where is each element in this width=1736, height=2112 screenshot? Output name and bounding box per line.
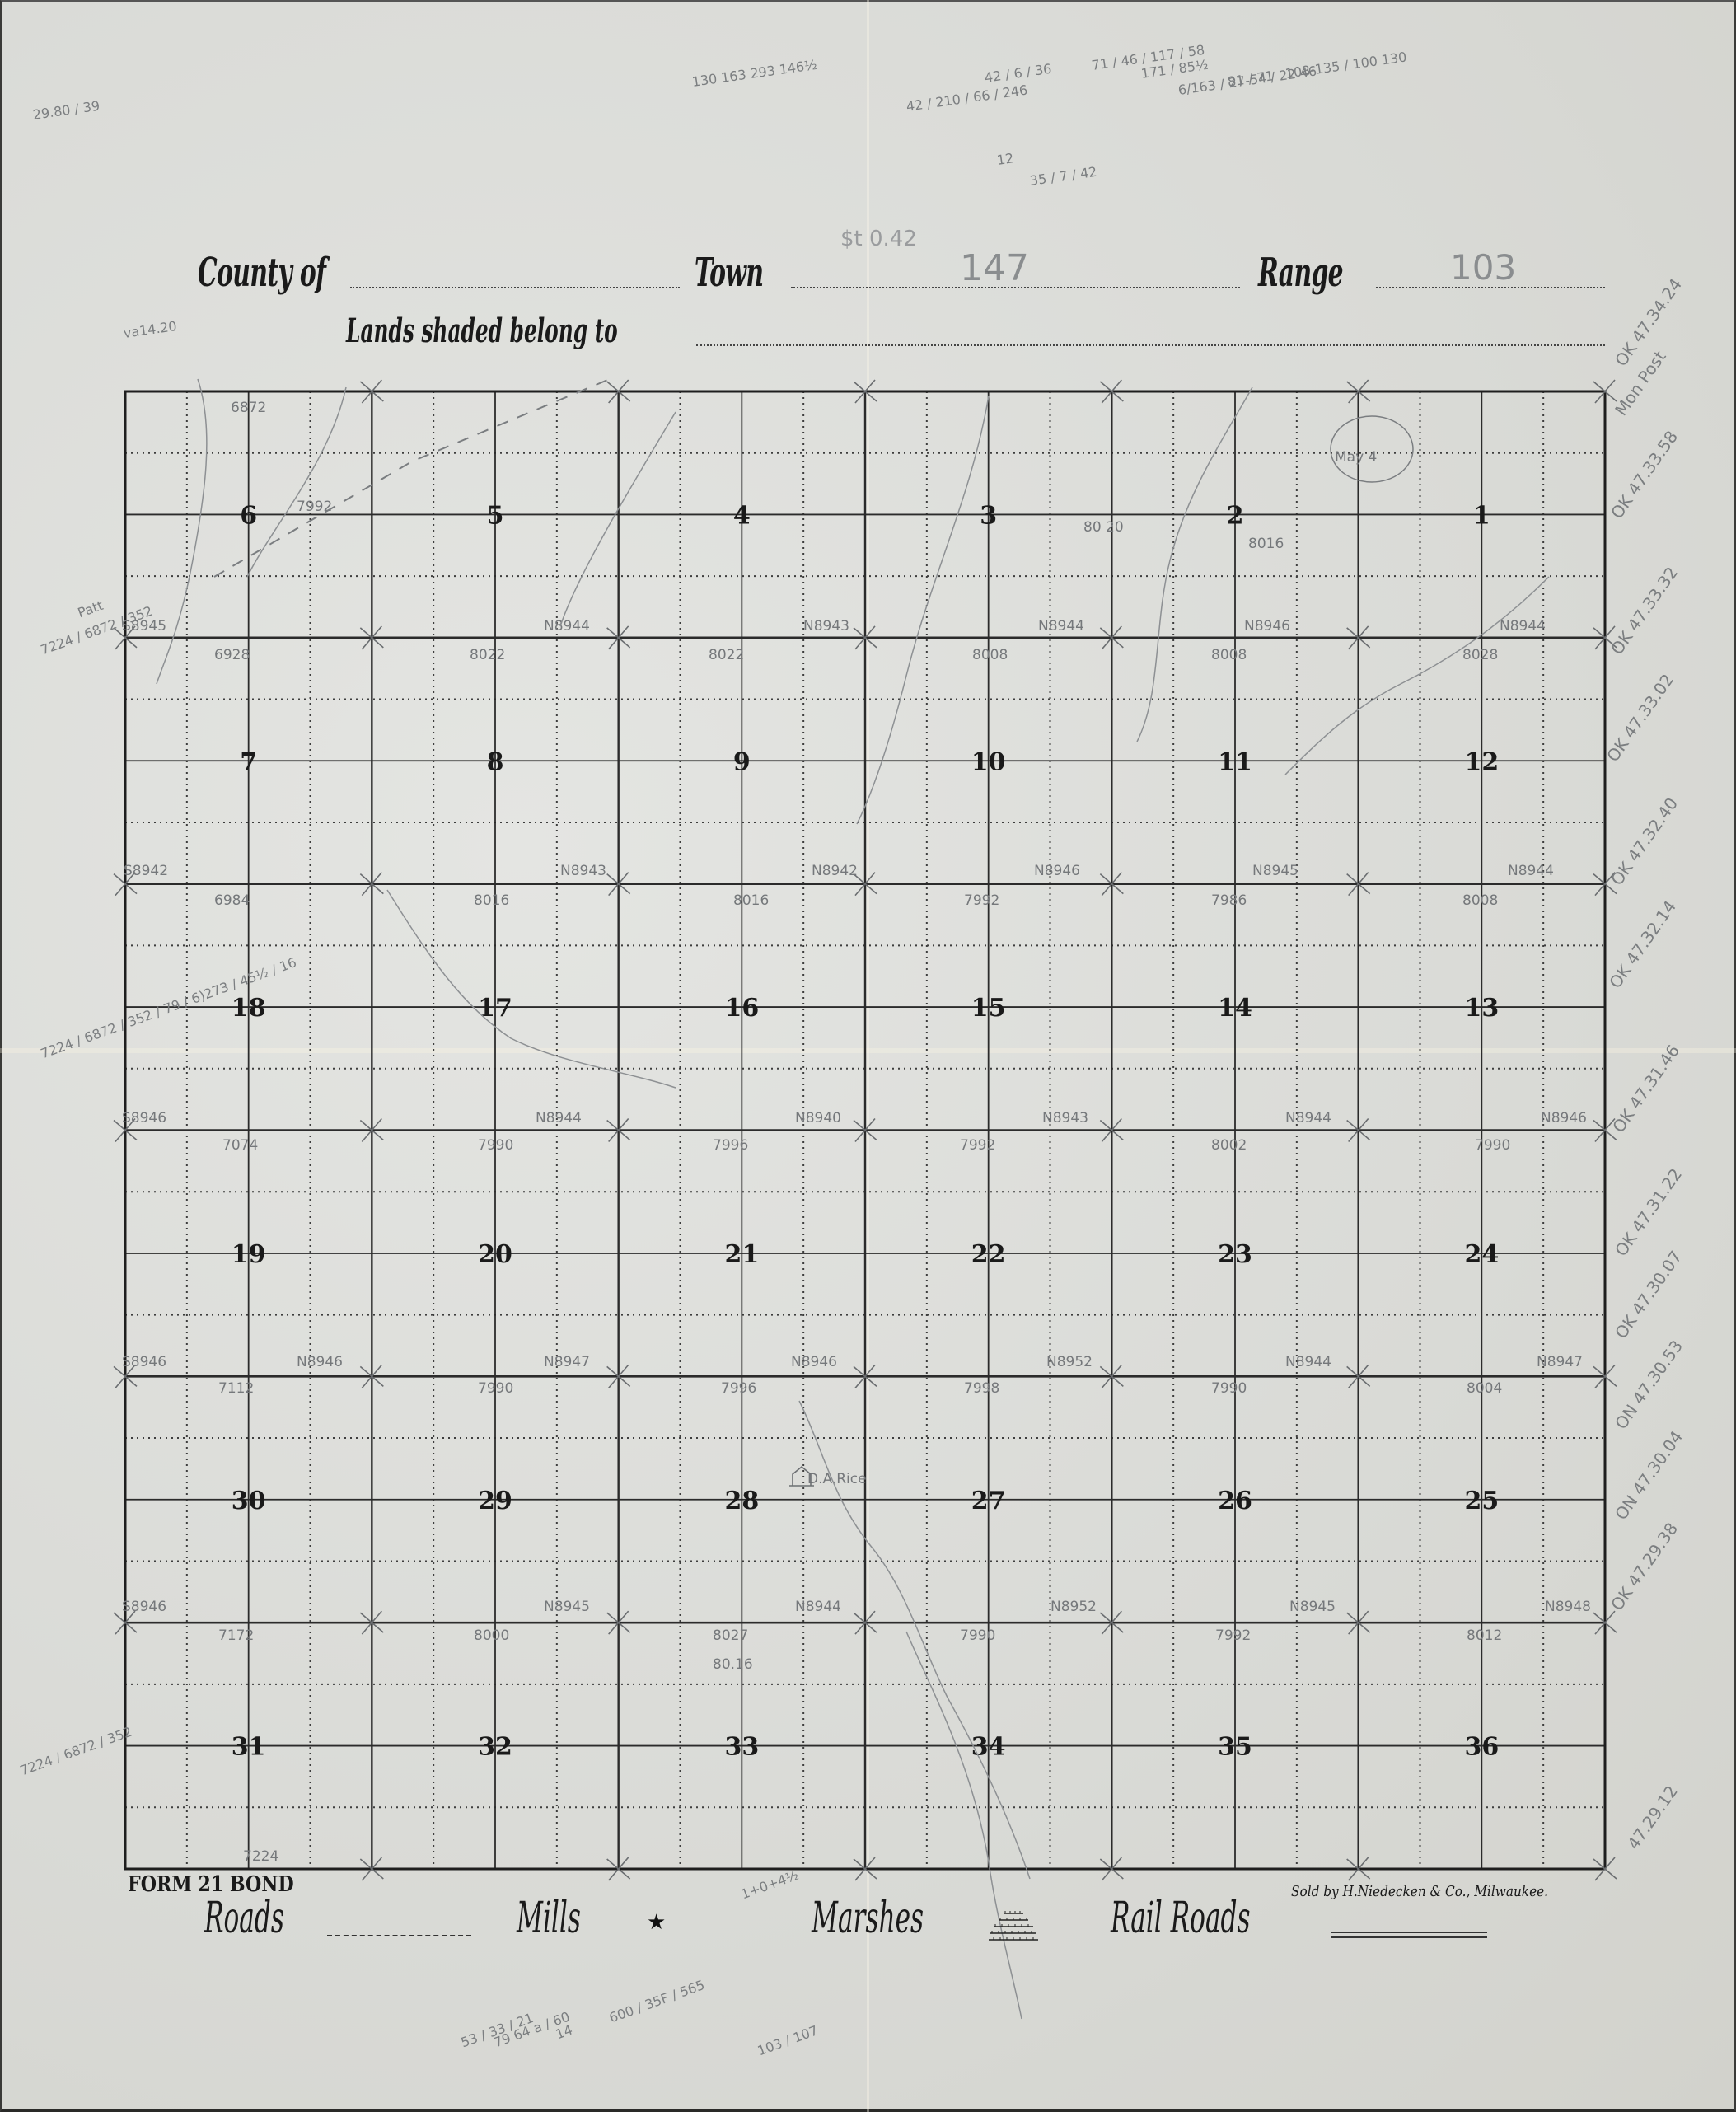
survey-annotation: 7996 xyxy=(721,1380,756,1397)
survey-annotation: 8016 xyxy=(474,892,509,909)
survey-annotation: 7990 xyxy=(478,1137,513,1154)
survey-annotation: 8016 xyxy=(733,892,769,909)
survey-annotation: N8944 xyxy=(795,1599,841,1615)
survey-annotation: 8000 xyxy=(474,1627,509,1644)
survey-annotation: S8946 xyxy=(122,1110,166,1126)
legend-mills-label: Mills xyxy=(517,1894,581,1943)
marsh-symbol-icon xyxy=(989,1910,1038,1941)
survey-annotation: 8004 xyxy=(1467,1380,1502,1397)
survey-annotation: N8944 xyxy=(536,1110,582,1126)
survey-annotation: 7992 xyxy=(1215,1627,1251,1644)
survey-annotation: 7112 xyxy=(218,1380,254,1397)
section-number: 7 xyxy=(240,747,257,776)
survey-annotation: 7990 xyxy=(1475,1137,1510,1154)
section-number: 12 xyxy=(1464,747,1499,776)
legend-railroads-label: Rail Roads xyxy=(1111,1894,1251,1943)
survey-annotation: N8945 xyxy=(1252,863,1298,879)
section-number: 10 xyxy=(971,747,1006,776)
survey-annotation: N8944 xyxy=(1285,1354,1331,1370)
survey-annotation: 80 20 xyxy=(1083,519,1124,536)
survey-annotation: S8946 xyxy=(122,1354,166,1370)
survey-annotation: S8942 xyxy=(124,863,168,879)
section-number: 6 xyxy=(240,501,257,530)
survey-annotation: N8948 xyxy=(1545,1599,1591,1615)
survey-annotation: 7990 xyxy=(478,1380,513,1397)
survey-annotation: 80.16 xyxy=(713,1656,753,1673)
survey-annotation: 8008 xyxy=(1462,892,1498,909)
survey-annotation: 7172 xyxy=(218,1627,254,1644)
margin-note-top: 12 xyxy=(996,150,1015,168)
section-number: 27 xyxy=(971,1487,1006,1515)
legend-railroad-symbol-top xyxy=(1331,1932,1487,1933)
survey-annotation: N8946 xyxy=(1541,1110,1587,1126)
survey-annotation: 7986 xyxy=(1211,892,1247,909)
survey-annotation: N8942 xyxy=(812,863,858,879)
section-number: 14 xyxy=(1218,994,1252,1023)
survey-annotation: 8008 xyxy=(972,647,1008,663)
survey-annotation: 7998 xyxy=(964,1380,999,1397)
survey-annotation: 7224 xyxy=(243,1848,278,1865)
survey-annotation: N8945 xyxy=(1289,1599,1336,1615)
section-number: 16 xyxy=(724,994,759,1023)
section-number: 20 xyxy=(478,1240,512,1269)
survey-annotation: 6928 xyxy=(214,647,250,663)
section-number: 8 xyxy=(487,747,504,776)
section-number: 5 xyxy=(487,501,504,530)
survey-annotation: 6872 xyxy=(231,400,266,416)
survey-annotation: 8022 xyxy=(470,647,505,663)
survey-annotation: 7992 xyxy=(297,499,332,515)
section-number: 17 xyxy=(478,994,512,1023)
legend-roads-label: Roads xyxy=(204,1894,284,1943)
survey-annotation: N8946 xyxy=(791,1354,837,1370)
survey-annotation: N8952 xyxy=(1046,1354,1093,1370)
survey-annotation: 8008 xyxy=(1211,647,1247,663)
survey-annotation: S8946 xyxy=(122,1599,166,1615)
section-number: 32 xyxy=(478,1733,512,1762)
survey-annotation: 8027 xyxy=(713,1627,748,1644)
section-number: 3 xyxy=(980,501,997,530)
section-number: 30 xyxy=(232,1487,266,1515)
survey-annotation: 8016 xyxy=(1248,536,1284,552)
survey-annotation: 7996 xyxy=(713,1137,748,1154)
section-number: 4 xyxy=(733,501,751,530)
section-number: 21 xyxy=(724,1240,759,1269)
survey-annotation: N8943 xyxy=(803,618,849,635)
survey-annotation: N8944 xyxy=(1500,618,1546,635)
survey-annotation: N8944 xyxy=(1038,618,1084,635)
section-number: 13 xyxy=(1464,994,1499,1023)
section-number: 15 xyxy=(971,994,1006,1023)
section-number: 35 xyxy=(1218,1733,1252,1762)
survey-annotation: 6984 xyxy=(214,892,250,909)
survey-annotation: N8943 xyxy=(560,863,606,879)
section-number: 2 xyxy=(1227,501,1244,530)
survey-annotation: 7990 xyxy=(1211,1380,1247,1397)
survey-annotation: N8945 xyxy=(544,1599,590,1615)
survey-annotation: N8946 xyxy=(1034,863,1080,879)
section-number: 28 xyxy=(724,1487,759,1515)
survey-annotation: N8947 xyxy=(1537,1354,1583,1370)
section-number: 31 xyxy=(232,1733,266,1762)
survey-annotation: N8940 xyxy=(795,1110,841,1126)
survey-annotation: N8947 xyxy=(544,1354,590,1370)
legend-marshes-label: Marshes xyxy=(812,1894,924,1943)
survey-annotation: 7990 xyxy=(960,1627,995,1644)
section-number: 36 xyxy=(1464,1733,1499,1762)
survey-annotation: 8028 xyxy=(1462,647,1498,663)
section-number: 34 xyxy=(971,1733,1006,1762)
section-number: 11 xyxy=(1218,747,1252,776)
survey-annotation: N8946 xyxy=(297,1354,343,1370)
section-number: 18 xyxy=(232,994,266,1023)
mill-star-icon: ★ xyxy=(647,1910,666,1935)
survey-annotation: N8952 xyxy=(1050,1599,1097,1615)
survey-annotation: N8944 xyxy=(1508,863,1554,879)
legend-railroad-symbol-bottom xyxy=(1331,1936,1487,1938)
section-number: 24 xyxy=(1464,1240,1499,1269)
township-grid: 6543217891011121817161514131920212223243… xyxy=(0,0,1736,2112)
section-number: 9 xyxy=(733,747,751,776)
map-label: May 4 xyxy=(1335,449,1377,466)
section-number: 23 xyxy=(1218,1240,1252,1269)
publisher-credit: Sold by H.Niedecken & Co., Milwaukee. xyxy=(1291,1883,1548,1900)
survey-annotation: 8002 xyxy=(1211,1137,1247,1154)
survey-annotation: 8022 xyxy=(709,647,744,663)
survey-annotation: 7992 xyxy=(960,1137,995,1154)
survey-annotation: N8943 xyxy=(1042,1110,1088,1126)
map-label: D.A.Rice xyxy=(807,1471,867,1487)
survey-annotation: N8944 xyxy=(544,618,590,635)
survey-annotation: 7992 xyxy=(964,892,999,909)
survey-annotation: 8012 xyxy=(1467,1627,1502,1644)
survey-annotation: 7074 xyxy=(222,1137,258,1154)
legend-roads-symbol xyxy=(327,1935,471,1936)
survey-annotation: N8946 xyxy=(1244,618,1290,635)
section-number: 19 xyxy=(232,1240,266,1269)
section-number: 26 xyxy=(1218,1487,1252,1515)
section-number: 29 xyxy=(478,1487,512,1515)
section-number: 33 xyxy=(724,1733,759,1762)
section-number: 22 xyxy=(971,1240,1006,1269)
survey-annotation: N8944 xyxy=(1285,1110,1331,1126)
section-number: 1 xyxy=(1473,501,1490,530)
section-number: 25 xyxy=(1464,1487,1499,1515)
